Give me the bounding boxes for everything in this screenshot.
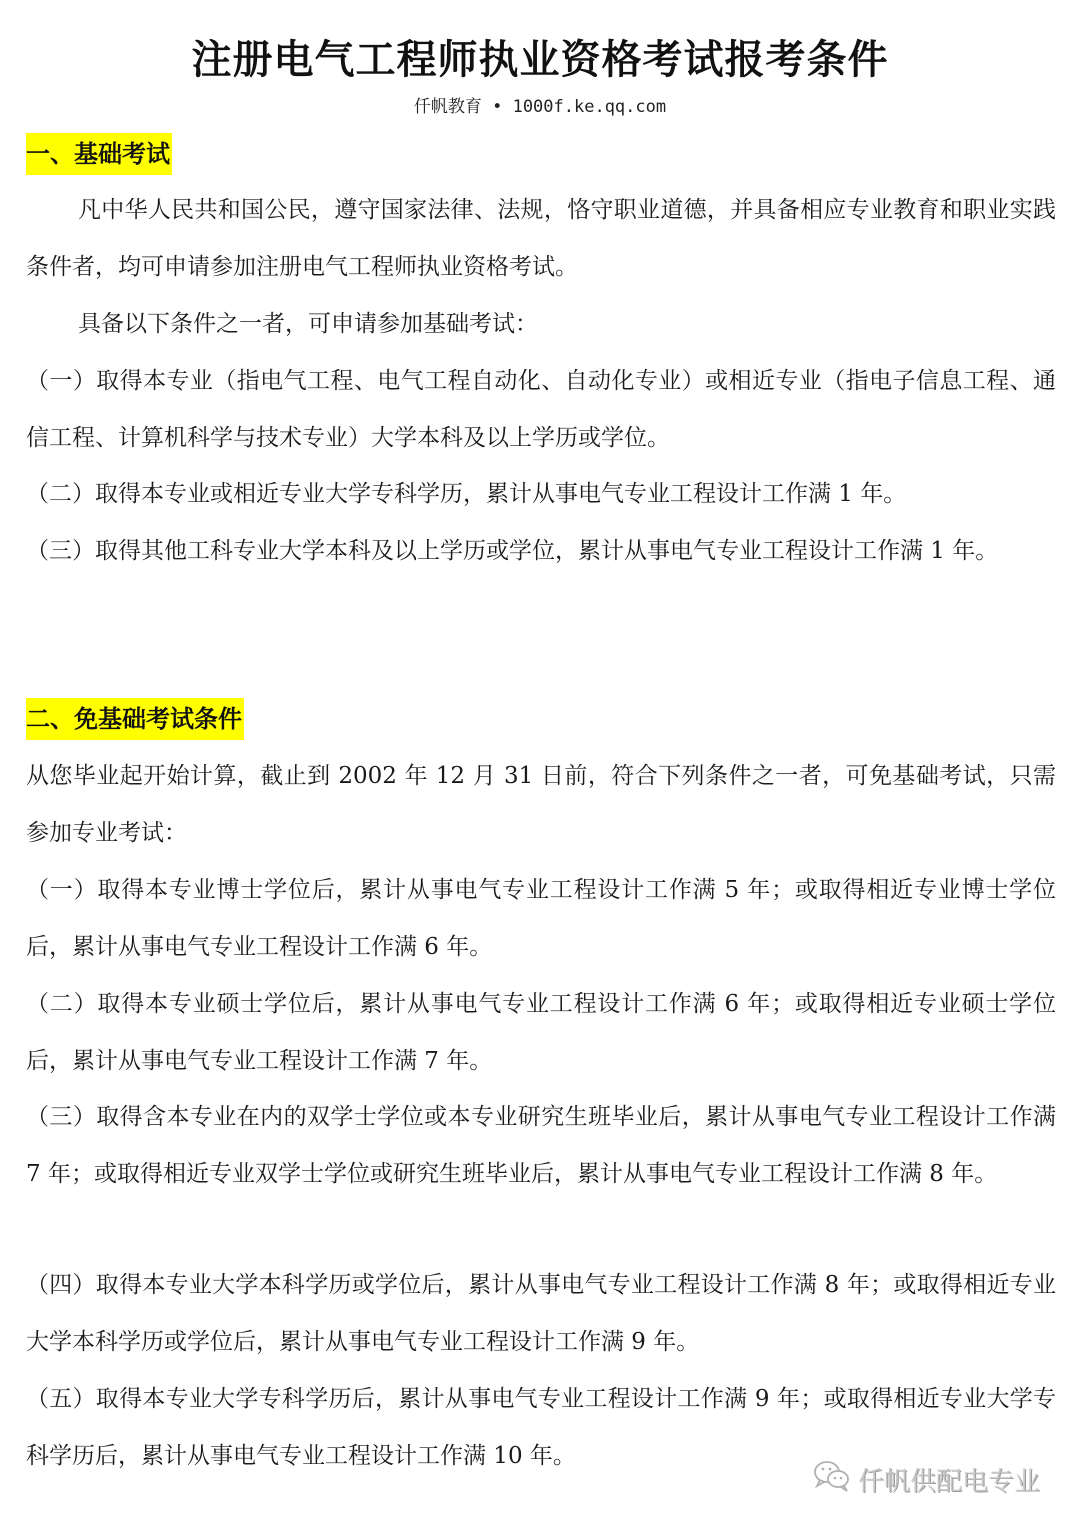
list-item-basic-3: （三）取得其他工科专业大学本科及以上学历或学位，累计从事电气专业工程设计工作满 … <box>26 523 1056 580</box>
watermark: 仟帆供配电专业 <box>812 1458 1040 1501</box>
section-heading-exemption: 二、免基础考试条件 <box>26 698 244 740</box>
paragraph-exemption-intro: 从您毕业起开始计算，截止到 2002 年 12 月 31 日前，符合下列条件之一… <box>26 748 1056 862</box>
list-item-basic-2: （二）取得本专业或相近专业大学专科学历，累计从事电气专业工程设计工作满 1 年。 <box>26 466 1056 523</box>
wechat-icon <box>812 1458 852 1501</box>
list-item-exempt-4: （四）取得本专业大学本科学历或学位后，累计从事电气专业工程设计工作满 8 年；或… <box>26 1257 1056 1371</box>
document-title: 注册电气工程师执业资格考试报考条件 <box>0 28 1080 85</box>
list-item-exempt-1: （一）取得本专业博士学位后，累计从事电气专业工程设计工作满 5 年；或取得相近专… <box>26 862 1056 976</box>
paragraph-basic-conditions-intro: 具备以下条件之一者，可申请参加基础考试： <box>26 296 1056 353</box>
section-heading-basic-exam: 一、基础考试 <box>26 133 172 175</box>
document-subtitle: 仟帆教育 • 1000f.ke.qq.com <box>0 92 1080 117</box>
list-item-exempt-3: （三）取得含本专业在内的双学士学位或本专业研究生班毕业后，累计从事电气专业工程设… <box>26 1089 1056 1203</box>
list-item-exempt-2: （二）取得本专业硕士学位后，累计从事电气专业工程设计工作满 6 年；或取得相近专… <box>26 976 1056 1090</box>
paragraph-eligibility: 凡中华人民共和国公民，遵守国家法律、法规，恪守职业道德，并具备相应专业教育和职业… <box>26 182 1056 296</box>
list-item-basic-1: （一）取得本专业（指电气工程、电气工程自动化、自动化专业）或相近专业（指电子信息… <box>26 353 1056 467</box>
watermark-text: 仟帆供配电专业 <box>858 1461 1040 1498</box>
